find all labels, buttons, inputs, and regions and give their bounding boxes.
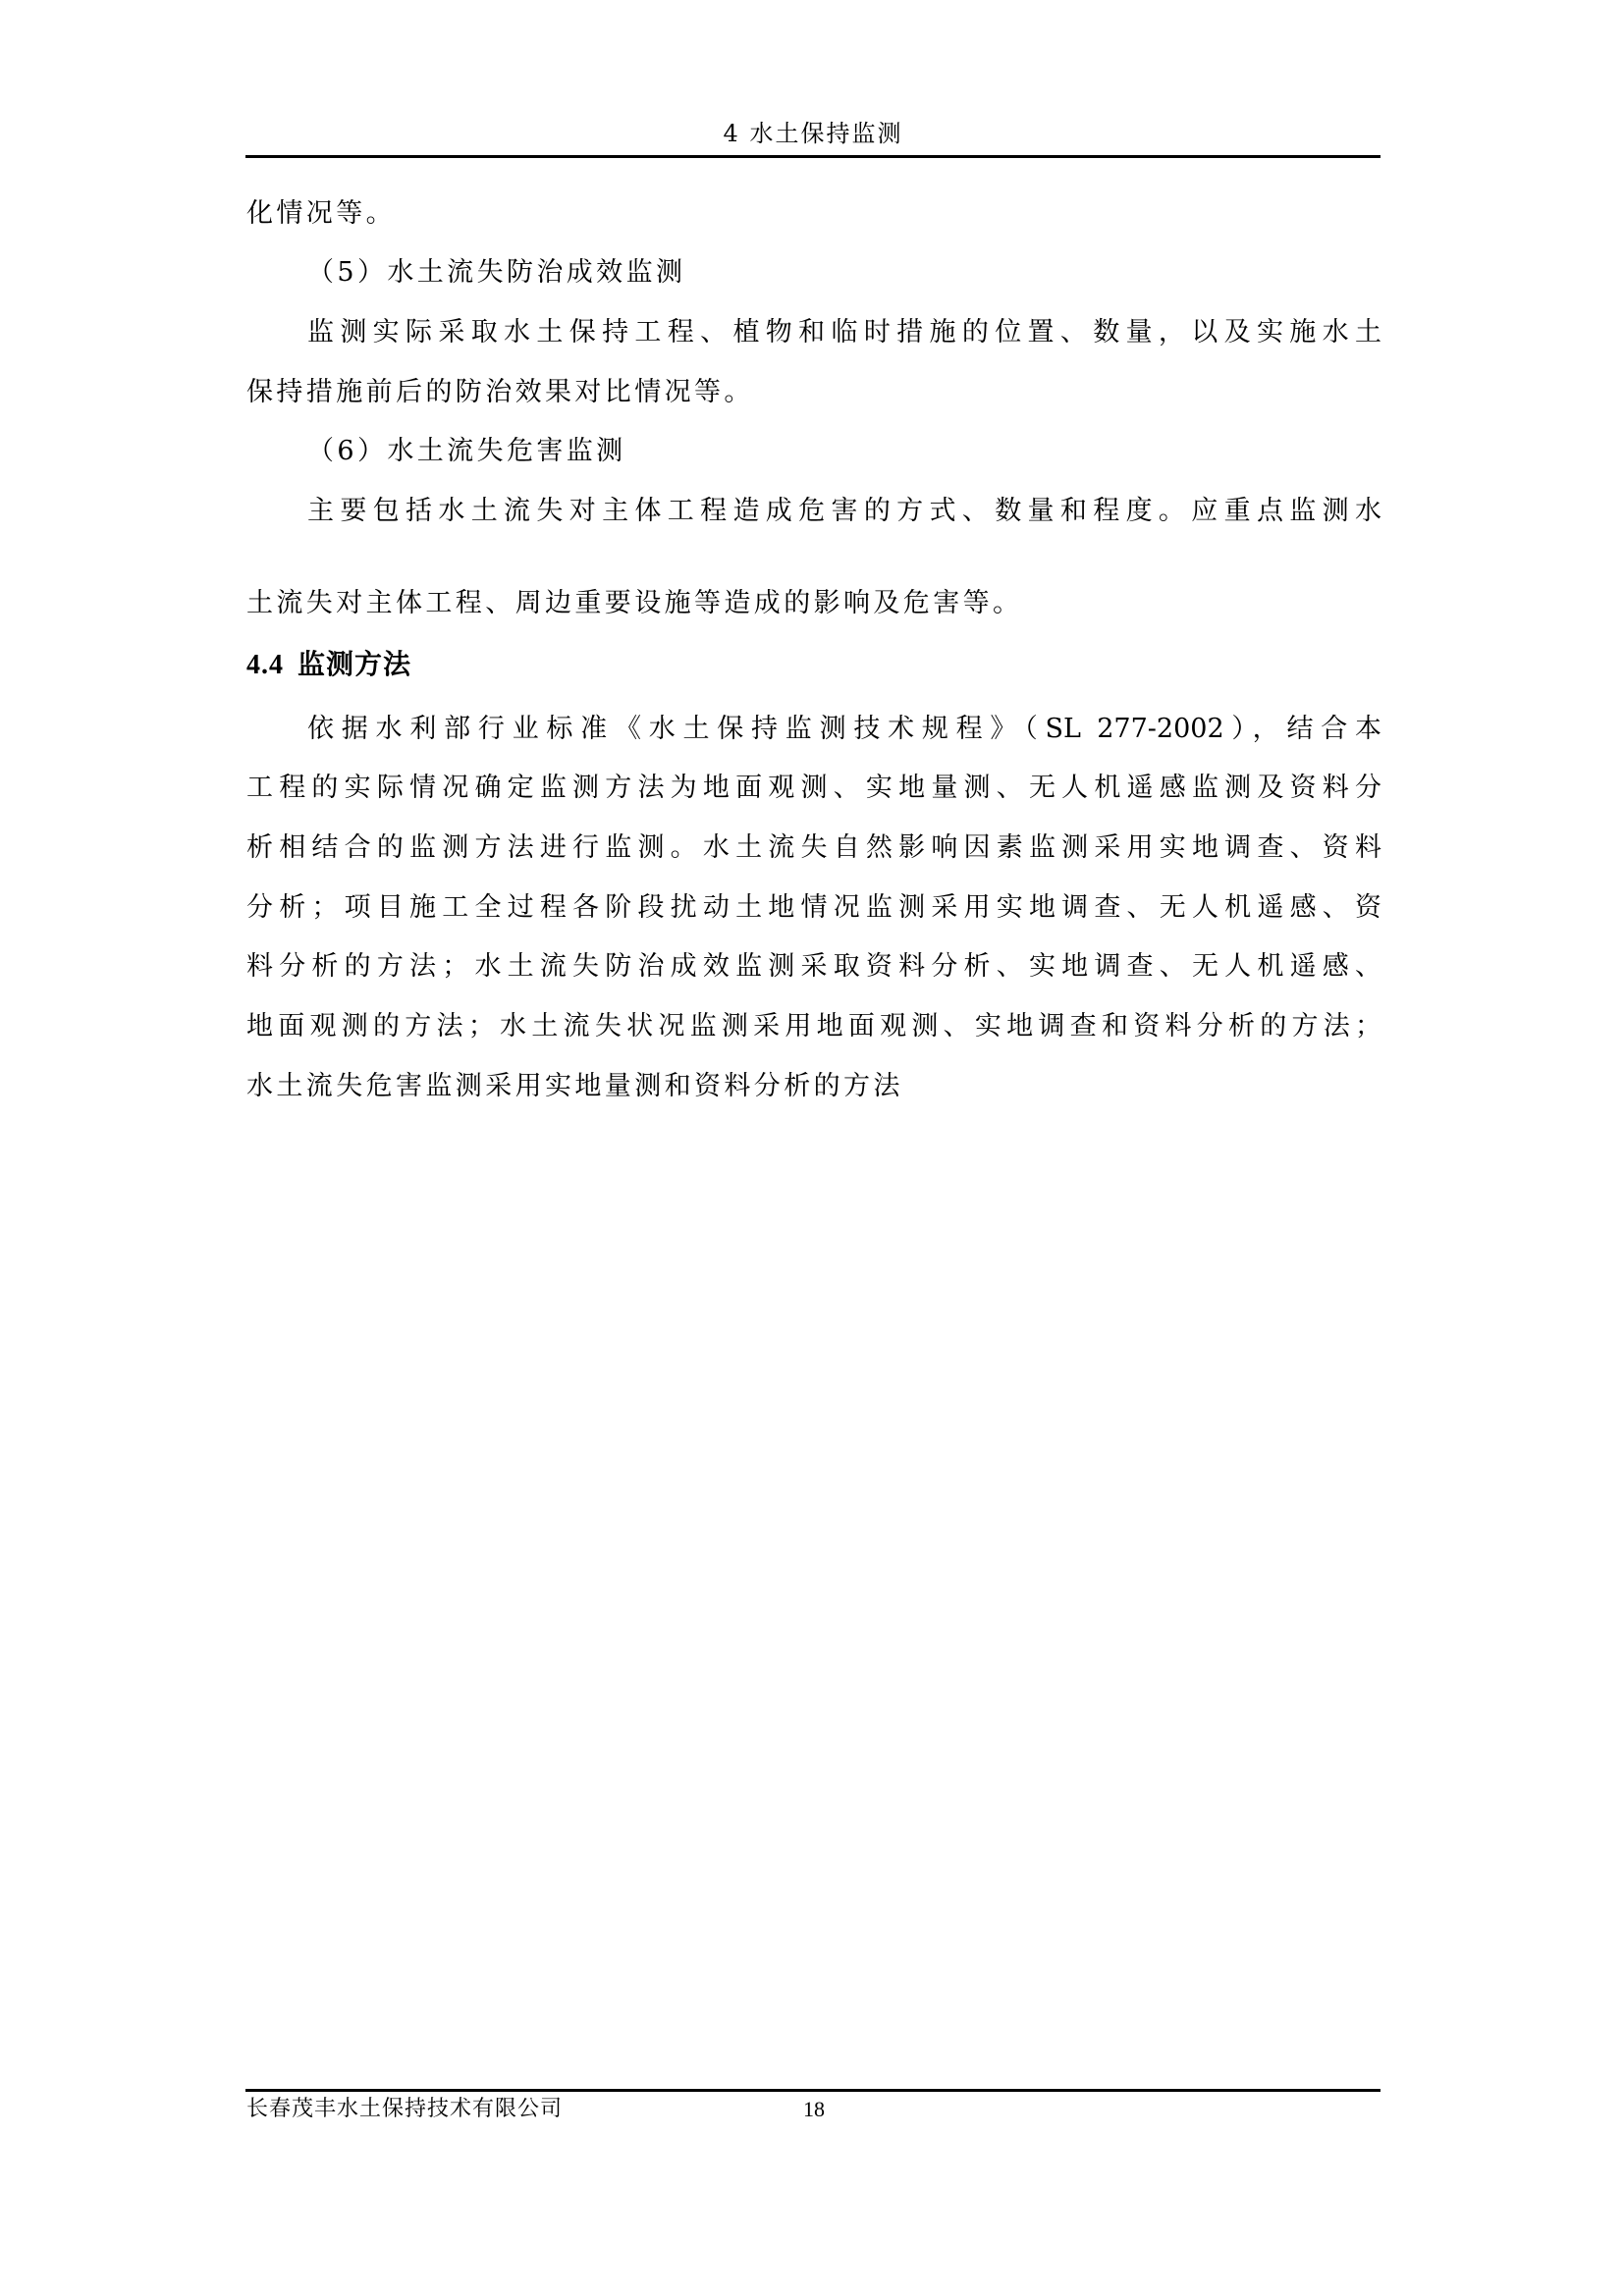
page-number: 18 (803, 2094, 825, 2125)
subsection-title-5: （5）水土流失防治成效监测 (307, 253, 1381, 293)
section-heading: 4.4监测方法 (246, 645, 411, 684)
running-header: 4 水土保持监测 (245, 116, 1380, 151)
document-page: 4 水土保持监测 化情况等。 （5）水土流失防治成效监测 监测实际采取水土保持工… (0, 0, 1624, 2296)
header-rule (245, 155, 1380, 158)
paragraph-line: 水土流失危害监测采用实地量测和资料分析的方法 (246, 1067, 1381, 1106)
footer-rule (245, 2089, 1380, 2092)
subsection-title-6: （6）水土流失危害监测 (307, 432, 1381, 471)
paragraph-line: 分析；项目施工全过程各阶段扰动土地情况监测采用实地调查、无人机遥感、资 (246, 888, 1381, 928)
footer-company-name: 长春茂丰水土保持技术有限公司 (246, 2094, 563, 2125)
paragraph-line: 工程的实际情况确定监测方法为地面观测、实地量测、无人机遥感监测及资料分 (246, 769, 1381, 808)
paragraph-line: 地面观测的方法；水土流失状况监测采用地面观测、实地调查和资料分析的方法； (246, 1007, 1381, 1046)
section-number: 4.4 (246, 650, 284, 680)
paragraph-line: 监测实际采取水土保持工程、植物和临时措施的位置、数量，以及实施水土 (307, 313, 1381, 352)
paragraph-line: 土流失对主体工程、周边重要设施等造成的影响及危害等。 (246, 584, 1381, 623)
paragraph-line: 化情况等。 (246, 194, 1381, 234)
paragraph-line: 析相结合的监测方法进行监测。水土流失自然影响因素监测采用实地调查、资料 (246, 828, 1381, 868)
paragraph-line: 依据水利部行业标准《水土保持监测技术规程》（SL 277-2002），结合本 (307, 710, 1381, 749)
paragraph-line: 保持措施前后的防治效果对比情况等。 (246, 373, 1381, 412)
paragraph-line: 料分析的方法；水土流失防治成效监测采取资料分析、实地调查、无人机遥感、 (246, 947, 1381, 987)
section-title: 监测方法 (298, 648, 411, 680)
paragraph-line: 主要包括水土流失对主体工程造成危害的方式、数量和程度。应重点监测水 (307, 492, 1381, 531)
